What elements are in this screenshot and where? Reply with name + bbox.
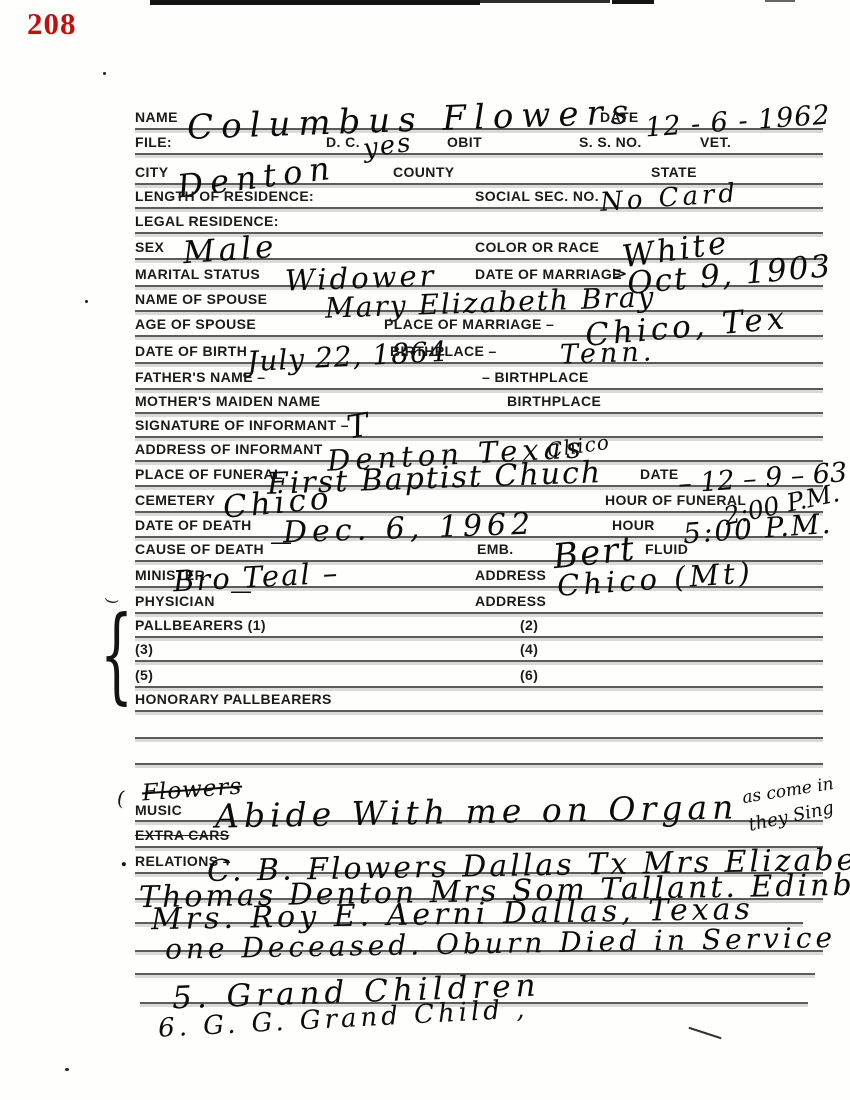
row-place-of-funeral: PLACE OF FUNERAL First Baptist Chuch DAT… xyxy=(135,460,823,487)
scan-artifact-strip xyxy=(765,0,795,2)
row-pallbearers-1: PALLBEARERS (1) (2) xyxy=(135,612,823,638)
scanned-funeral-record-page: 208 NAME Columbus Flowers DATE 12 - 6 - … xyxy=(0,0,850,1100)
row-pallbearers-2: (3) (4) xyxy=(135,636,823,662)
pallbearers-label: PALLBEARERS (1) xyxy=(135,617,266,633)
pallbearer-6-label: (6) xyxy=(520,667,538,683)
vet-label: VET. xyxy=(700,134,731,150)
scan-artifact-strip xyxy=(150,0,480,5)
row-marital-status: MARITAL STATUS Widower DATE OF MARRIAGE … xyxy=(135,258,823,287)
physician-label: PHYSICIAN xyxy=(135,593,215,609)
row-extra-cars: EXTRA CARS xyxy=(135,820,823,848)
place-of-funeral-label: PLACE OF FUNERAL xyxy=(135,466,283,482)
sex-label: SEX xyxy=(135,239,164,255)
honorary-pallbearers-label: HONORARY PALLBEARERS xyxy=(135,691,332,707)
row-relations-3: Mrs. Roy E. Aerni Dallas, Texas xyxy=(135,898,803,924)
name-label: NAME xyxy=(135,109,178,125)
city-label: CITY xyxy=(135,164,169,180)
scan-artifact-stroke xyxy=(689,1027,722,1039)
birthplace-label: BIRTHPLACE – xyxy=(390,343,497,359)
row-sex: SEX Male COLOR OR RACE White xyxy=(135,232,823,260)
scan-speck xyxy=(65,1068,69,1071)
obit-label: OBIT xyxy=(447,134,482,150)
pallbearer-5-label: (5) xyxy=(135,667,153,683)
cemetery-label: CEMETERY xyxy=(135,492,215,508)
fathers-birthplace-label: – BIRTHPLACE xyxy=(482,369,589,385)
pallbearers-brace-mark: { xyxy=(100,602,133,706)
date-of-marriage-label: DATE OF MARRIAGE xyxy=(475,266,622,282)
row-file: FILE: D. C. yes OBIT S. S. NO. VET. xyxy=(135,128,823,155)
minister-address-label: ADDRESS xyxy=(475,567,546,583)
row-physician: PHYSICIAN — ADDRESS xyxy=(135,586,823,614)
row-length-of-residence: LENGTH OF RESIDENCE: SOCIAL SEC. NO. No … xyxy=(135,183,823,209)
mothers-birthplace-label: BIRTHPLACE xyxy=(507,393,601,409)
ssno-header-label: S. S. NO. xyxy=(579,134,642,150)
age-of-spouse-label: AGE OF SPOUSE xyxy=(135,316,256,332)
row-blank-line xyxy=(135,710,823,739)
emb-label: EMB. xyxy=(477,541,514,557)
row-relations-4: one Deceased. Oburn Died in Service 1944 xyxy=(135,922,823,952)
row-blank-line xyxy=(135,737,823,765)
fathers-name-label: FATHER'S NAME – xyxy=(135,369,265,385)
row-date-of-death: DATE OF DEATH Dec. 6, 1962 HOUR 5:00 P.M… xyxy=(135,511,823,538)
length-of-residence-label: LENGTH OF RESIDENCE: xyxy=(135,188,314,204)
cause-of-death-value: — xyxy=(270,532,292,554)
music-margin-mark: ( xyxy=(115,786,127,811)
row-address-of-informant: ADDRESS OF INFORMANT Denton Texas Chico xyxy=(135,436,823,462)
legal-residence-label: LEGAL RESIDENCE: xyxy=(135,213,279,229)
pallbearer-3-label: (3) xyxy=(135,641,153,657)
date-of-birth-label: DATE OF BIRTH xyxy=(135,343,247,359)
signature-of-informant-label: SIGNATURE OF INFORMANT – xyxy=(135,417,349,433)
state-label: STATE xyxy=(651,164,697,180)
row-pallbearers-3: (5) (6) xyxy=(135,660,823,688)
scan-artifact-strip xyxy=(480,0,610,3)
physician-value: — xyxy=(230,581,252,603)
row-age-of-spouse: AGE OF SPOUSE PLACE OF MARRIAGE – Chico,… xyxy=(135,310,823,337)
cause-of-death-label: CAUSE OF DEATH xyxy=(135,541,264,557)
row-date-of-birth: DATE OF BIRTH July 22, 1864 BIRTHPLACE –… xyxy=(135,335,823,364)
place-of-marriage-label: PLACE OF MARRIAGE – xyxy=(384,316,554,332)
row-honorary-pallbearers: HONORARY PALLBEARERS xyxy=(135,686,823,712)
row-signature-of-informant: SIGNATURE OF INFORMANT – T xyxy=(135,412,823,438)
scan-speck xyxy=(85,300,88,303)
address-of-informant-label: ADDRESS OF INFORMANT xyxy=(135,441,323,457)
fluid-label: FLUID xyxy=(645,541,688,557)
pallbearer-2-label: (2) xyxy=(520,617,538,633)
row-fathers-name: FATHER'S NAME – – BIRTHPLACE xyxy=(135,362,823,390)
page-number: 208 xyxy=(27,6,77,42)
marital-status-label: MARITAL STATUS xyxy=(135,266,260,282)
row-name: NAME Columbus Flowers DATE 12 - 6 - 1962 xyxy=(135,100,823,130)
mothers-maiden-name-label: MOTHER'S MAIDEN NAME xyxy=(135,393,321,409)
relations-margin-mark: . xyxy=(120,846,128,872)
file-label: FILE: xyxy=(135,134,172,150)
color-or-race-label: COLOR OR RACE xyxy=(475,239,599,255)
scan-artifact-strip xyxy=(612,0,654,4)
dc-label: D. C. xyxy=(326,134,360,150)
scan-speck xyxy=(103,72,106,75)
date-of-death-label: DATE OF DEATH xyxy=(135,517,252,533)
pallbearer-4-label: (4) xyxy=(520,641,538,657)
name-of-spouse-label: NAME OF SPOUSE xyxy=(135,291,267,307)
extra-cars-label: EXTRA CARS xyxy=(135,827,230,843)
county-label: COUNTY xyxy=(393,164,455,180)
date-label: DATE xyxy=(600,109,639,125)
row-mothers-maiden-name: MOTHER'S MAIDEN NAME BIRTHPLACE xyxy=(135,388,823,414)
physician-address-label: ADDRESS xyxy=(475,593,546,609)
social-sec-no-label: SOCIAL SEC. NO. xyxy=(475,188,599,204)
funeral-date-label: DATE xyxy=(640,466,679,482)
